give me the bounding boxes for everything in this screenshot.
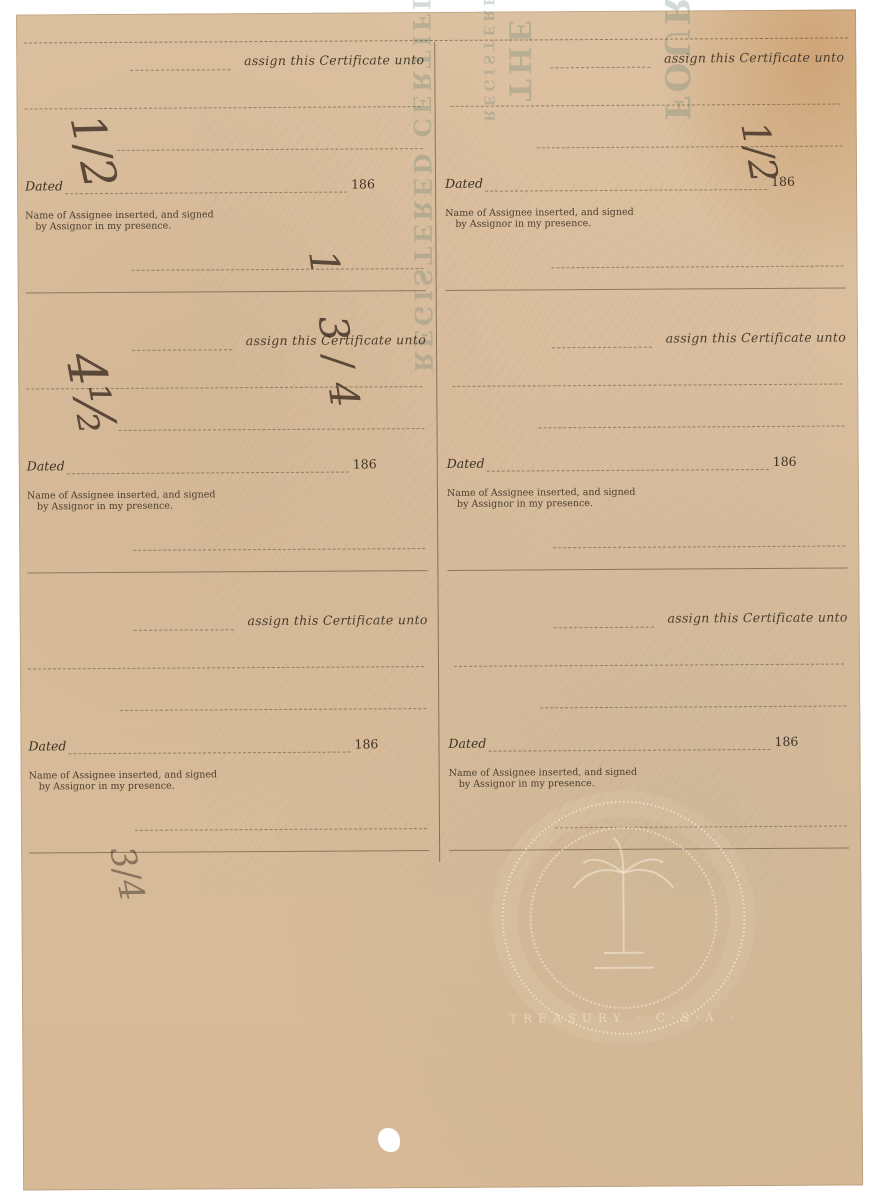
assignee-line[interactable] <box>132 349 232 351</box>
assignment-block: assign this Certificate unto Dated 186 N… <box>440 37 852 319</box>
assignee-line[interactable] <box>539 426 845 429</box>
assignment-block: assign this Certificate unto Dated 186 N… <box>22 320 434 602</box>
dated-label: Dated <box>25 178 63 193</box>
assignee-line[interactable] <box>25 106 421 109</box>
year-prefix: 186 <box>771 174 795 189</box>
witness-line[interactable] <box>132 268 424 271</box>
assignee-line[interactable] <box>117 148 423 151</box>
assignee-line[interactable] <box>28 666 424 669</box>
dated-label: Dated <box>28 738 66 753</box>
assignee-line[interactable] <box>26 386 422 389</box>
year-prefix: 186 <box>353 456 377 471</box>
palmetto-tree-icon <box>563 833 684 984</box>
assign-label: assign this Certificate unto <box>247 612 427 628</box>
witness-note: Name of Assignee inserted, and signed by… <box>25 209 214 232</box>
assignee-line[interactable] <box>451 104 841 107</box>
assignment-block: assign this Certificate unto Dated 186 N… <box>24 600 436 882</box>
assignee-line[interactable] <box>552 347 652 349</box>
assign-label: assign this Certificate unto <box>667 609 847 625</box>
date-line[interactable] <box>69 752 351 755</box>
assignee-line[interactable] <box>119 428 425 431</box>
date-line[interactable] <box>67 472 349 475</box>
witness-note: Name of Assignee inserted, and signed by… <box>29 769 218 792</box>
assign-label: assign this Certificate unto <box>666 330 846 346</box>
embossed-seal: TREASURY · C·S·A · <box>501 800 746 1035</box>
assignee-line[interactable] <box>120 708 426 711</box>
witness-note: Name of Assignee inserted, and signed by… <box>445 207 634 230</box>
witness-note: Name of Assignee inserted, and signed by… <box>449 767 638 790</box>
witness-line[interactable] <box>135 828 427 831</box>
certificate-back: THE CONFEDERATE STATES OF AMERICA REGIST… <box>16 9 863 1190</box>
assign-label: assign this Certificate unto <box>244 52 424 68</box>
dated-label: Dated <box>447 456 485 471</box>
assignment-block: assign this Certificate unto Dated 186 N… <box>442 317 854 599</box>
assignment-block: assign this Certificate unto Dated 186 N… <box>20 40 432 322</box>
seal-legend: TREASURY · C·S·A · <box>504 1010 744 1025</box>
left-column: assign this Certificate unto Dated 186 N… <box>20 40 435 872</box>
year-prefix: 186 <box>773 454 797 469</box>
dated-label: Dated <box>448 736 486 751</box>
dated-label: Dated <box>445 176 483 191</box>
assignee-line[interactable] <box>554 627 654 629</box>
year-prefix: 186 <box>351 176 375 191</box>
witness-note: Name of Assignee inserted, and signed by… <box>27 489 216 512</box>
assignee-line[interactable] <box>540 706 846 709</box>
date-line[interactable] <box>489 749 771 752</box>
witness-note: Name of Assignee inserted, and signed by… <box>447 487 636 510</box>
right-column: assign this Certificate unto Dated 186 N… <box>440 37 855 869</box>
block-separator <box>26 290 426 293</box>
date-line[interactable] <box>485 189 767 192</box>
assign-label: assign this Certificate unto <box>246 332 426 348</box>
witness-line[interactable] <box>553 546 845 549</box>
block-separator <box>27 570 427 573</box>
year-prefix: 186 <box>774 734 798 749</box>
dated-label: Dated <box>27 458 65 473</box>
witness-line[interactable] <box>552 266 844 269</box>
block-separator <box>29 850 429 853</box>
date-line[interactable] <box>487 469 769 472</box>
witness-line[interactable] <box>133 548 425 551</box>
date-line[interactable] <box>65 192 347 195</box>
column-divider <box>434 42 440 862</box>
assignee-line[interactable] <box>134 629 234 631</box>
year-prefix: 186 <box>354 736 378 751</box>
assignee-line[interactable] <box>537 146 843 149</box>
block-separator <box>447 567 847 570</box>
block-separator <box>446 288 846 291</box>
assignee-line[interactable] <box>130 69 230 71</box>
assignee-line[interactable] <box>550 67 650 69</box>
assignee-line[interactable] <box>454 664 844 667</box>
assignee-line[interactable] <box>452 384 842 387</box>
assign-label: assign this Certificate unto <box>664 50 844 66</box>
paper-hole <box>378 1128 400 1152</box>
